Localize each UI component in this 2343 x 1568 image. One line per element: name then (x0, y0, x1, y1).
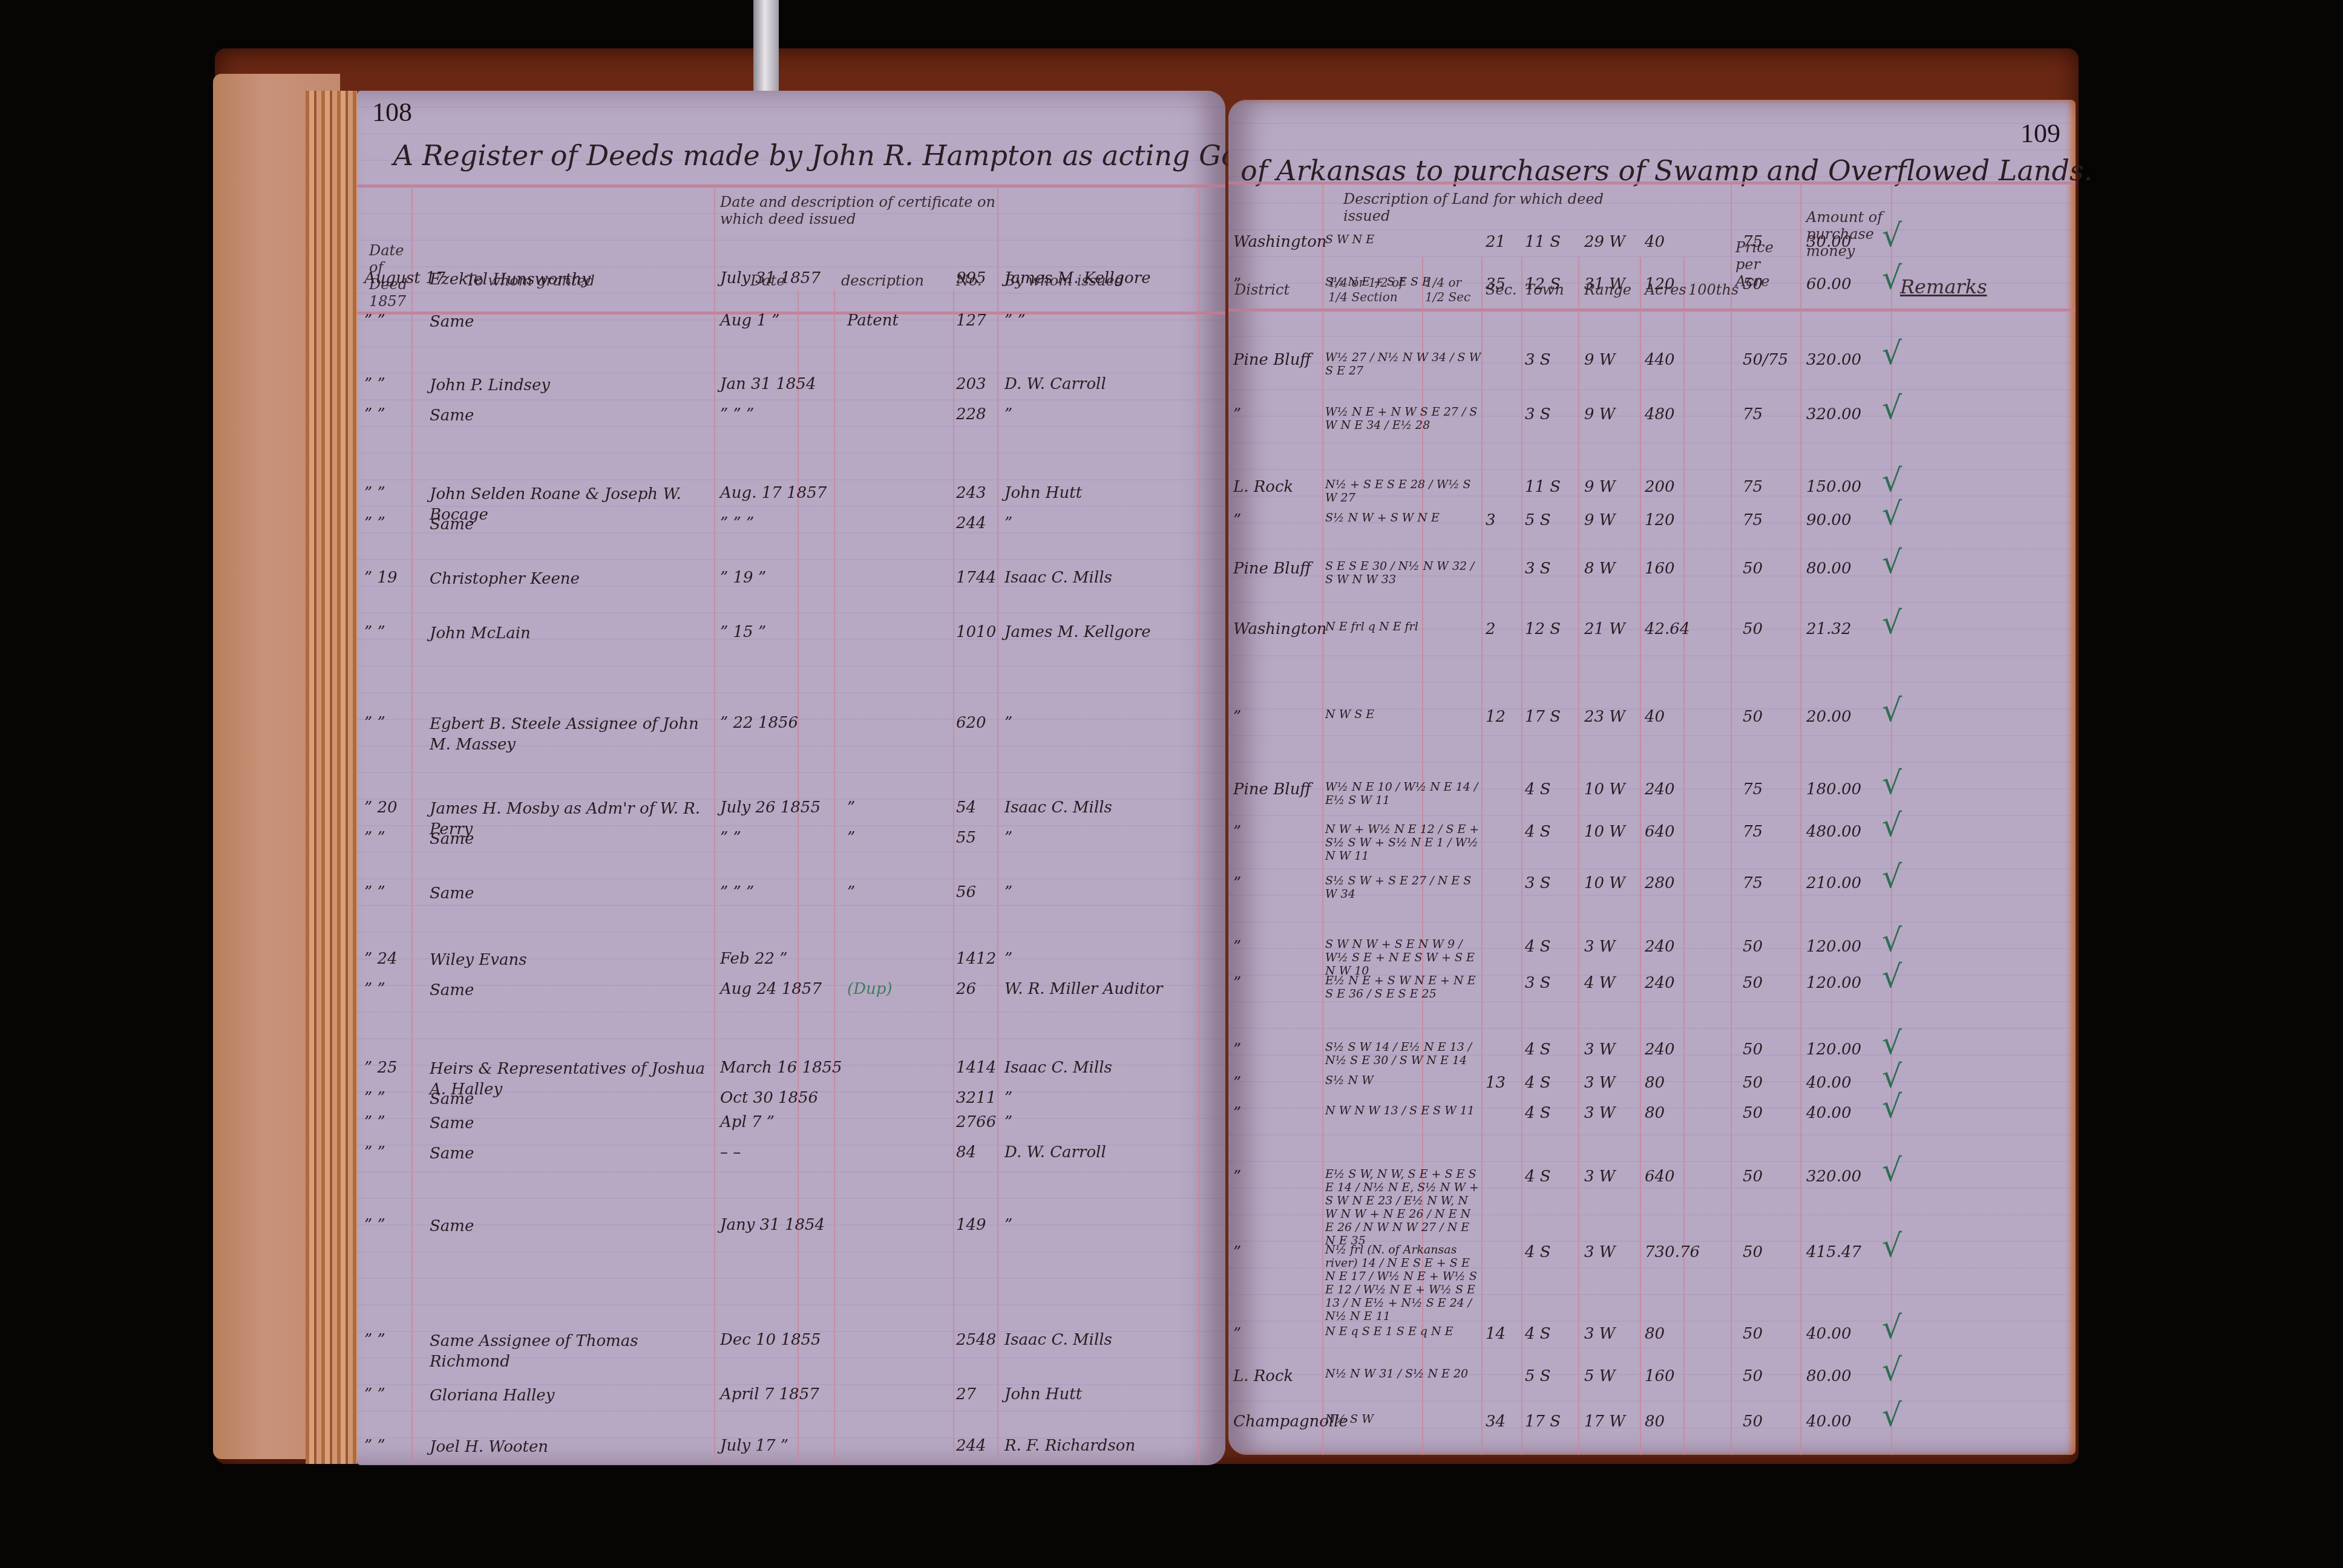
entry-cert-no: 2766 (956, 1113, 996, 1131)
entry-land-description: E½ S W, N W, S E + S E S E 14 / N½ N E, … (1325, 1168, 1483, 1247)
entry-range: 23 W (1584, 708, 1625, 726)
entry-range: 9 W (1584, 405, 1616, 423)
entry-town: 12 S (1525, 275, 1561, 293)
entry-range: 3 W (1584, 938, 1616, 956)
entry-price-per-acre: 50/75 (1743, 351, 1788, 369)
entry-issued-by: D. W. Carroll (1004, 375, 1106, 393)
entry-amount: 80.00 (1806, 560, 1851, 578)
verified-checkmark-icon: √ (1882, 765, 1902, 802)
entry-date: ” ” (364, 375, 385, 393)
verified-checkmark-icon: √ (1882, 1310, 1902, 1346)
entry-range: 9 W (1584, 351, 1616, 369)
entry-acres: 80 (1645, 1413, 1665, 1431)
entry-cert-no: 3211 (956, 1089, 996, 1107)
col-divider (1322, 185, 1323, 1455)
entry-land-description: S½ S W + S E 27 / N E S W 34 (1325, 874, 1483, 901)
entry-range: 3 W (1584, 1243, 1616, 1261)
entry-district: Washington (1233, 620, 1327, 638)
entry-range: 9 W (1584, 478, 1616, 496)
entry-town: 3 S (1525, 560, 1551, 578)
entry-issued-by: ” (1004, 883, 1012, 901)
entry-range: 3 W (1584, 1168, 1616, 1186)
entry-grantee: Same (430, 1113, 474, 1134)
entry-land-description: E½ N E + S W N E + N E S E 36 / S E S E … (1325, 974, 1483, 1001)
entry-issued-by: Isaac C. Mills (1004, 1331, 1112, 1349)
entry-amount: 320.00 (1806, 1168, 1861, 1186)
entry-acres: 120 (1645, 275, 1675, 293)
entry-town: 17 S (1525, 1413, 1561, 1431)
entry-cert-no: 149 (956, 1216, 986, 1234)
entry-price-per-acre: 50 (1743, 938, 1763, 956)
entry-cert-date: Aug 24 1857 (720, 980, 822, 998)
entry-section: 3 (1486, 511, 1496, 529)
entry-issued-by: ” (1004, 950, 1012, 968)
entry-range: 21 W (1584, 620, 1625, 638)
col-divider (1683, 257, 1685, 1455)
verified-checkmark-icon: √ (1882, 808, 1902, 844)
entry-section: 14 (1486, 1325, 1506, 1343)
entry-cert-date: – – (720, 1143, 741, 1161)
entry-grantee: Joel H. Wooten (430, 1437, 548, 1457)
entry-cert-date: July 31 1857 (720, 269, 821, 287)
entry-district: Pine Bluff (1233, 351, 1311, 369)
entry-town: 5 S (1525, 511, 1551, 529)
entry-price-per-acre: 50 (1743, 1040, 1763, 1059)
entry-cert-date: Dec 10 1855 (720, 1331, 821, 1349)
entry-issued-by: ” (1004, 1089, 1012, 1107)
entry-issued-by: Isaac C. Mills (1004, 569, 1112, 587)
entry-date: ” ” (364, 623, 385, 641)
entry-cert-date: Aug. 17 1857 (720, 484, 827, 502)
entry-date: ” ” (364, 714, 385, 732)
entry-land-description: S E S E 30 / N½ N W 32 / S W N W 33 (1325, 560, 1483, 586)
entry-grantee: Same Assignee of Thomas Richmond (430, 1331, 714, 1372)
entry-land-description: S½ N E + S E S E (1325, 275, 1483, 289)
entry-price-per-acre: 50 (1743, 1367, 1763, 1385)
verified-checkmark-icon: √ (1882, 463, 1902, 499)
verified-checkmark-icon: √ (1882, 1397, 1902, 1434)
entry-price-per-acre: 75 (1743, 405, 1763, 423)
entry-acres: 80 (1645, 1325, 1665, 1343)
entry-cert-no: 620 (956, 714, 986, 732)
entry-cert-no: 26 (956, 980, 976, 998)
entry-issued-by: James M. Kellgore (1004, 269, 1151, 287)
page-number-left: 108 (372, 97, 412, 128)
header-remarks: Remarks (1900, 275, 1987, 298)
entry-land-description: N W + W½ N E 12 / S E + S½ S W + S½ N E … (1325, 823, 1483, 863)
entry-cert-date: ” 22 1856 (720, 714, 798, 732)
header-hundredths: 100ths (1688, 281, 1738, 298)
entry-issued-by: ” (1004, 1113, 1012, 1131)
entry-grantee: Egbert B. Steele Assignee of John M. Mas… (430, 714, 714, 755)
verified-checkmark-icon: √ (1882, 923, 1902, 959)
entry-cert-no: 244 (956, 514, 986, 532)
entry-land-description: S W N W + S E N W 9 / W½ S E + N E S W +… (1325, 938, 1483, 978)
entry-town: 3 S (1525, 874, 1551, 892)
entry-date: ” ” (364, 883, 385, 901)
entry-grantee: Same (430, 980, 474, 1001)
entry-price-per-acre: 50 (1743, 974, 1763, 992)
entry-land-description: W½ N E + N W S E 27 / S W N E 34 / E½ 28 (1325, 405, 1483, 432)
entry-date: ” ” (364, 405, 385, 423)
verified-checkmark-icon: √ (1882, 1152, 1902, 1189)
entry-district: ” (1233, 1040, 1241, 1059)
entry-town: 4 S (1525, 1040, 1551, 1059)
entry-town: 4 S (1525, 1104, 1551, 1122)
entry-cert-date: ” ” ” (720, 514, 754, 532)
entry-town: 3 S (1525, 974, 1551, 992)
entry-district: ” (1233, 1243, 1241, 1261)
entry-land-description: N E q S E 1 S E q N E (1325, 1325, 1483, 1338)
entry-town: 4 S (1525, 1325, 1551, 1343)
entry-district: ” (1233, 511, 1241, 529)
entry-range: 8 W (1584, 560, 1616, 578)
entry-section: 21 (1486, 233, 1506, 251)
entry-price-per-acre: 50 (1743, 1243, 1763, 1261)
right-page: 109 of Arkansas to purchasers of Swamp a… (1228, 100, 2076, 1455)
verified-checkmark-icon: √ (1882, 496, 1902, 532)
entry-amount: 120.00 (1806, 1040, 1861, 1059)
entry-cert-no: 1744 (956, 569, 996, 587)
entry-district: Pine Bluff (1233, 780, 1311, 799)
col-divider (834, 290, 835, 1464)
entry-acres: 160 (1645, 560, 1675, 578)
title-rule (357, 185, 1225, 188)
entry-range: 10 W (1584, 874, 1625, 892)
entry-date: ” ” (364, 1113, 385, 1131)
entry-date: ” ” (364, 1331, 385, 1349)
col-divider (798, 290, 799, 1464)
entry-grantee: Same (430, 514, 474, 535)
entry-amount: 180.00 (1806, 780, 1861, 799)
entry-land-description: N½ frl (N. of Arkansas river) 14 / N E S… (1325, 1243, 1483, 1323)
title-rule (1228, 181, 2076, 185)
entry-acres: 40 (1645, 708, 1665, 726)
entry-cert-no: 84 (956, 1143, 976, 1161)
entry-district: Pine Bluff (1233, 560, 1311, 578)
entry-amount: 320.00 (1806, 405, 1861, 423)
entry-district: ” (1233, 405, 1241, 423)
entry-cert-date: July 17 ” (720, 1437, 788, 1455)
entry-amount: 210.00 (1806, 874, 1861, 892)
entry-range: 29 W (1584, 233, 1625, 251)
entry-price-per-acre: 50 (1743, 275, 1763, 293)
verified-checkmark-icon: √ (1882, 859, 1902, 895)
entry-town: 4 S (1525, 823, 1551, 841)
entry-acres: 40 (1645, 233, 1665, 251)
entry-town: 11 S (1525, 478, 1561, 496)
entry-amount: 120.00 (1806, 938, 1861, 956)
entry-acres: 200 (1645, 478, 1675, 496)
entry-amount: 60.00 (1806, 275, 1851, 293)
entry-amount: 320.00 (1806, 351, 1861, 369)
entry-grantee: Ezekiel Hunsworthy (430, 269, 591, 290)
col-divider (1731, 185, 1732, 1455)
entry-cert-no: 27 (956, 1385, 976, 1403)
entry-land-description: N W N W 13 / S E S W 11 (1325, 1104, 1483, 1117)
entry-price-per-acre: 50 (1743, 1325, 1763, 1343)
left-page: 108 A Register of Deeds made by John R. … (357, 91, 1225, 1465)
entry-town: 11 S (1525, 233, 1561, 251)
entry-cert-date: Oct 30 1856 (720, 1089, 818, 1107)
entry-issued-by: D. W. Carroll (1004, 1143, 1106, 1161)
entry-cert-description: ” (847, 883, 855, 901)
entry-date: ” ” (364, 829, 385, 847)
entry-issued-by: ” (1004, 1216, 1012, 1234)
entry-land-description: S W N E (1325, 233, 1483, 246)
verified-checkmark-icon: √ (1882, 390, 1902, 426)
entry-cert-date: ” ” ” (720, 405, 754, 423)
entry-price-per-acre: 75 (1743, 823, 1763, 841)
col-divider (953, 290, 954, 1464)
verified-checkmark-icon: √ (1882, 959, 1902, 995)
entry-acres: 240 (1645, 938, 1675, 956)
entry-range: 10 W (1584, 823, 1625, 841)
verified-checkmark-icon: √ (1882, 1089, 1902, 1125)
verified-checkmark-icon: √ (1882, 1352, 1902, 1388)
entry-acres: 80 (1645, 1074, 1665, 1092)
entry-grantee: Same (430, 829, 474, 849)
entry-section: 35 (1486, 275, 1506, 293)
register-title-part1: A Register of Deeds made by John R. Hamp… (393, 139, 1274, 172)
entry-date: ” 20 (364, 799, 398, 817)
entry-section: 34 (1486, 1413, 1506, 1431)
entry-land-description: W½ 27 / N½ N W 34 / S W S E 27 (1325, 351, 1483, 377)
header-cert-description: description (841, 272, 924, 289)
entry-land-description: S½ N W + S W N E (1325, 511, 1483, 524)
verified-checkmark-icon: √ (1882, 260, 1902, 296)
verified-checkmark-icon: √ (1882, 544, 1902, 581)
entry-date: ” ” (364, 1216, 385, 1234)
entry-land-description: N W S E (1325, 708, 1483, 721)
entry-range: 3 W (1584, 1074, 1616, 1092)
entry-section: 2 (1486, 620, 1496, 638)
entry-acres: 160 (1645, 1367, 1675, 1385)
entry-cert-date: ” ” ” (720, 883, 754, 901)
col-divider (1640, 257, 1641, 1455)
entry-date: ” 19 (364, 569, 398, 587)
entry-town: 3 S (1525, 405, 1551, 423)
entry-district: ” (1233, 823, 1241, 841)
header-district: District (1234, 281, 1289, 298)
entry-land-description: S½ N W (1325, 1074, 1483, 1087)
entry-grantee: Gloriana Halley (430, 1385, 554, 1406)
page-number-right: 109 (2020, 118, 2060, 149)
entry-cert-no: 203 (956, 375, 986, 393)
col-divider (714, 188, 715, 1464)
entry-town: 4 S (1525, 938, 1551, 956)
entry-cert-date: ” ” (720, 829, 741, 847)
entry-acres: 640 (1645, 823, 1675, 841)
entry-district: L. Rock (1233, 478, 1293, 496)
entry-issued-by: John Hutt (1004, 1385, 1082, 1403)
entry-district: L. Rock (1233, 1367, 1293, 1385)
entry-acres: 280 (1645, 874, 1675, 892)
verified-checkmark-icon: √ (1882, 1025, 1902, 1062)
entry-price-per-acre: 50 (1743, 708, 1763, 726)
entry-amount: 40.00 (1806, 1104, 1851, 1122)
entry-town: 17 S (1525, 708, 1561, 726)
entry-cert-no: 995 (956, 269, 986, 287)
entry-amount: 120.00 (1806, 974, 1861, 992)
entry-cert-no: 1010 (956, 623, 996, 641)
entry-grantee: Christopher Keene (430, 569, 580, 589)
entry-grantee: John McLain (430, 623, 531, 644)
entry-cert-description: ” (847, 799, 855, 817)
verified-checkmark-icon: √ (1882, 218, 1902, 254)
entry-grantee: John P. Lindsey (430, 375, 550, 396)
entry-amount: 40.00 (1806, 1325, 1851, 1343)
entry-range: 3 W (1584, 1104, 1616, 1122)
entry-cert-no: 54 (956, 799, 976, 817)
entry-acres: 480 (1645, 405, 1675, 423)
entry-cert-date: ” 19 ” (720, 569, 766, 587)
entry-date: ” ” (364, 312, 385, 330)
entry-grantee: Wiley Evans (430, 950, 527, 970)
entry-price-per-acre: 50 (1743, 1074, 1763, 1092)
entry-date: ” ” (364, 514, 385, 532)
entry-price-per-acre: 75 (1743, 874, 1763, 892)
entry-cert-no: 244 (956, 1437, 986, 1455)
entry-cert-date: Jany 31 1854 (720, 1216, 825, 1234)
entry-district: ” (1233, 1104, 1241, 1122)
entry-issued-by: ” ” (1004, 312, 1026, 330)
entry-town: 5 S (1525, 1367, 1551, 1385)
entry-grantee: Same (430, 312, 474, 332)
entry-town: 3 S (1525, 351, 1551, 369)
entry-date: ” ” (364, 1089, 385, 1107)
entry-price-per-acre: 75 (1743, 478, 1763, 496)
entry-district: ” (1233, 874, 1241, 892)
entry-price-per-acre: 50 (1743, 1168, 1763, 1186)
entry-section: 12 (1486, 708, 1506, 726)
entry-grantee: Same (430, 1089, 474, 1109)
entry-range: 3 W (1584, 1325, 1616, 1343)
entry-issued-by: ” (1004, 514, 1012, 532)
entry-price-per-acre: 50 (1743, 620, 1763, 638)
entry-cert-no: 1414 (956, 1059, 996, 1077)
entry-cert-no: 2548 (956, 1331, 996, 1349)
verified-checkmark-icon: √ (1882, 605, 1902, 641)
entry-amount: 40.00 (1806, 1074, 1851, 1092)
entry-grantee: Same (430, 1143, 474, 1164)
entry-range: 31 W (1584, 275, 1625, 293)
entry-land-description: N½ S W (1325, 1413, 1483, 1426)
entry-issued-by: ” (1004, 714, 1012, 732)
verified-checkmark-icon: √ (1882, 1228, 1902, 1264)
entry-amount: 20.00 (1806, 708, 1851, 726)
entry-issued-by: ” (1004, 829, 1012, 847)
col-divider (1800, 185, 1801, 1455)
entry-cert-no: 243 (956, 484, 986, 502)
entry-district: ” (1233, 938, 1241, 956)
header-rule (1228, 309, 2076, 312)
entry-amount: 80.00 (1806, 1367, 1851, 1385)
entry-town: 4 S (1525, 1168, 1551, 1186)
entry-town: 12 S (1525, 620, 1561, 638)
entry-grantee: Same (430, 405, 474, 426)
entry-range: 9 W (1584, 511, 1616, 529)
entry-cert-no: 127 (956, 312, 986, 330)
header-certificate-group: Date and description of certificate on w… (720, 194, 998, 227)
entry-issued-by: W. R. Miller Auditor (1004, 980, 1162, 998)
entry-cert-date: July 26 1855 (720, 799, 821, 817)
entry-amount: 415.47 (1806, 1243, 1861, 1261)
entry-issued-by: Isaac C. Mills (1004, 1059, 1112, 1077)
entry-price-per-acre: 50 (1743, 1413, 1763, 1431)
entry-amount: 150.00 (1806, 478, 1861, 496)
entry-cert-date: Apl 7 ” (720, 1113, 775, 1131)
verified-checkmark-icon: √ (1882, 336, 1902, 372)
entry-date: ” ” (364, 1437, 385, 1455)
entry-amount: 90.00 (1806, 511, 1851, 529)
entry-acres: 240 (1645, 780, 1675, 799)
entry-price-per-acre: 50 (1743, 560, 1763, 578)
entry-cert-no: 55 (956, 829, 976, 847)
entry-range: 17 W (1584, 1413, 1625, 1431)
entry-amount: 480.00 (1806, 823, 1861, 841)
entry-price-per-acre: 50 (1743, 1104, 1763, 1122)
entry-cert-description: ” (847, 829, 855, 847)
entry-district: ” (1233, 1325, 1241, 1343)
entry-grantee: Same (430, 883, 474, 904)
col-divider (411, 188, 413, 1464)
entry-date: ” ” (364, 980, 385, 998)
entry-district: ” (1233, 1168, 1241, 1186)
verified-checkmark-icon: √ (1882, 693, 1902, 729)
entry-district: ” (1233, 1074, 1241, 1092)
entry-acres: 120 (1645, 511, 1675, 529)
header-land-group: Description of Land for which deed issue… (1343, 191, 1616, 224)
entry-issued-by: John Hutt (1004, 484, 1082, 502)
col-divider (997, 188, 998, 1464)
entry-land-description: S½ S W 14 / E½ N E 13 / N½ S E 30 / S W … (1325, 1040, 1483, 1067)
header-rule (357, 312, 1225, 315)
entry-cert-date: April 7 1857 (720, 1385, 819, 1403)
entry-amount: 30.00 (1806, 233, 1851, 251)
entry-cert-date: Jan 31 1854 (720, 375, 816, 393)
entry-grantee: Same (430, 1216, 474, 1236)
entry-acres: 730.76 (1645, 1243, 1700, 1261)
entry-cert-date: ” 15 ” (720, 623, 766, 641)
entry-acres: 440 (1645, 351, 1675, 369)
entry-land-description: W½ N E 10 / W½ N E 14 / E½ S W 11 (1325, 780, 1483, 807)
entry-cert-date: March 16 1855 (720, 1059, 842, 1077)
page-edges (306, 91, 357, 1464)
entry-issued-by: Isaac C. Mills (1004, 799, 1112, 817)
entry-town: 4 S (1525, 1243, 1551, 1261)
entry-acres: 240 (1645, 974, 1675, 992)
col-divider (1578, 257, 1579, 1455)
entry-land-description: N E frl q N E frl (1325, 620, 1483, 633)
entry-land-description: N½ + S E S E 28 / W½ S W 27 (1325, 478, 1483, 505)
col-divider (1521, 257, 1522, 1455)
entry-date: ” ” (364, 484, 385, 502)
entry-date: ” 24 (364, 950, 398, 968)
entry-acres: 240 (1645, 1040, 1675, 1059)
entry-district: ” (1233, 974, 1241, 992)
entry-issued-by: R. F. Richardson (1004, 1437, 1135, 1455)
entry-cert-no: 56 (956, 883, 976, 901)
entry-acres: 42.64 (1645, 620, 1689, 638)
entry-date: ” ” (364, 1385, 385, 1403)
entry-town: 4 S (1525, 780, 1551, 799)
entry-cert-date: Aug 1 ” (720, 312, 780, 330)
entry-district: ” (1233, 275, 1241, 293)
entry-amount: 21.32 (1806, 620, 1851, 638)
entry-date: ” ” (364, 1143, 385, 1161)
col-divider (1198, 188, 1199, 1464)
